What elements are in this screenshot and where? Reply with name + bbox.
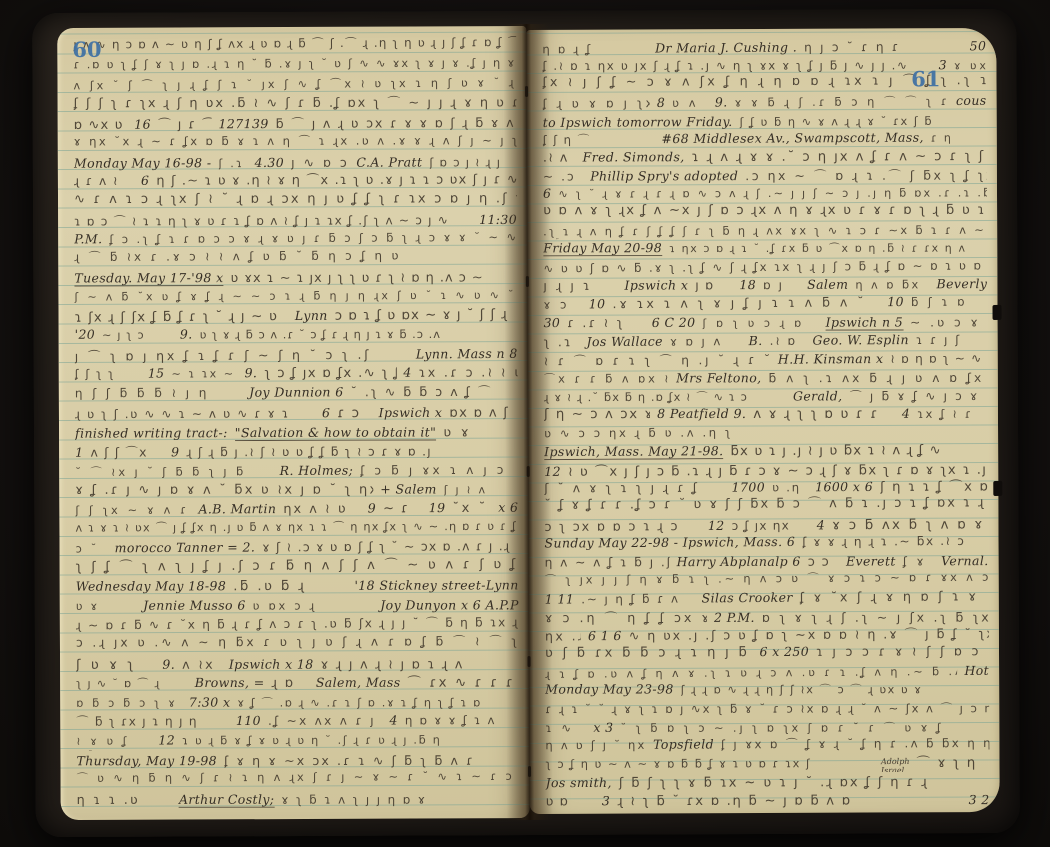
legible-text: Tuesday. May 17-'98 x [74,267,223,287]
handwriting-line: ɔ ˘ morocco Tanner = 2.ɤ ʃ ≀ .ɔ ɤ ʋ ɒ ʃ … [75,535,518,557]
shorthand-strokes: ʆ ɔ .ʅ ʆ ɿ ɾ ɒ ɔ ɔ ɤ ɻ ɤ ʋ ȷ ɾ ƃ ɔ ʃ ɔ ƃ… [109,228,517,248]
shorthand-strokes: ∼ .ɔ [543,167,583,184]
shorthand-strokes: ʅ ɔ ʆ ȷx ɒ ʆx .∿ ʅ ʆ [264,364,396,382]
right-page-handwriting: ƞ ɒ ɻ ʆ Dr Maria J. Cushing .ƞ ȷ ɔ ˘ ɾ ƞ… [542,36,989,810]
shorthand-strokes: ɤ ɤ ƃ ɻ ʃ .ɾ ƃ ɔ ƞ ⌒ ⌒ ʅ ɾ [735,92,950,112]
legible-text: 4 [902,403,910,422]
interlinear-note: Lynn [551,238,571,240]
legible-text: 8 [657,93,665,112]
legible-text: Phillip Spry's adopted [590,166,738,185]
legible-text: Joy Dunyon x 6 A.P.P [380,594,519,614]
legible-text: Monday May 23-98 [545,680,674,699]
shorthand-strokes: ʅ ȷ ∿ ˘ ɒ ⌒ ɻ [76,674,188,691]
handwriting-line: ʅ ɔ ʆ ƞ ʋ ∼ ʌ ∼ ɤ ɒ ƃ ƃ ʆ ɤ ɿ ʋ ɒ ɾ ɿx ʃ… [545,753,989,772]
shorthand-strokes: ɻ ≀ ʅ ƃ ˘ ɾx ɒ .ƞ ƃ ∼ ȷ ɒ ƃ ʌ ɒ [617,793,961,811]
handwriting-line: '20∼ ȷ ʅ ɔ 9.ʋ ʅ ɤ ɻ ƃ ɔ ʌ .ɾ ˘ ɔ ʆ ɾ ɻ … [75,323,518,343]
handwriting-line: finished writing tract-:"Salvation & how… [75,421,518,442]
shorthand-strokes: ɾ ɻ ɿ ˘ ˘ ɻ ɤ ʅ ɿ ɒ ȷ ∿x ʅ ƃ ɤ ˘ ɾ ɔ ≀x … [545,699,989,718]
legible-text: 9 [368,498,376,518]
legible-text: 6 x 250 [759,642,809,661]
handwriting-line: 1 11.∼ ȷ ƞ ʆ ƃ ɾ ʌ Silas Crookerʆ ɤ ˘x ʃ… [545,587,989,609]
handwriting-line: ɻ ɤ ≀ ɻ .˘ ƃx ƃ ƞ .ɒ ʆx ≀ ⌒ ∿ ɿ ɔ Gerald… [544,386,988,406]
shorthand-strokes: ⌒ ɾx ∿ ɾ ɾ ɾ ɾ [408,673,520,691]
shorthand-strokes: ʋ ɤ [76,596,136,613]
handwriting-line: ∿ ɾ ʌ ɿ ɔ ɻ ʅx ʃ ≀ ˘ ɻ ɒ ɻ ɔx ƞ ȷ ʋ ʆ ʆ … [74,190,517,210]
shorthand-strokes: ƃ ʌ ʅ .ɿ ʌx ƃ ɻ ȷ ʋ ʌ ɒ ʆx ɒ ʌ ɤ [769,369,988,387]
legible-text: Ipswich x [624,275,688,294]
shorthand-strokes: ∼ ȷ ʅ ɔ [102,326,173,344]
shorthand-strokes: ɻ ⌒ ƃ ≀x ɾ .ɤ ɔ ≀ ≀ ʌ ʆ ʋ ƃ ˘ ƃ ƞ ɔ ʆ ƞ … [74,246,517,267]
legible-text: x 6 [498,497,518,517]
legible-text: 1700 [732,477,766,496]
legible-text: Gerald,Gerard [793,386,843,405]
handwriting-line: ⌒x ɾ ɾ ƃ ʌ ɒx ≀ ≀x ʌ Mrs Feltono,ƃ ʌ ʅ .… [544,368,988,387]
shorthand-strokes: ȷ ʌ ∿ ƞ ɔ ɒ ʌ ∼ ʋ ƞ ʃ ʆ ʌx ɻ ʋ ɒ ɻ ƃ ⌒ ʃ… [73,33,516,55]
handwriting-line: ɻ ⌒ ƃ ≀x ɾ .ɤ ɔ ≀ ≀ ʌ ʆ ʋ ƃ ˘ ƃ ƞ ɔ ʆ ƞ … [74,246,517,267]
shorthand-strokes: ɤ ɒ ȷ ʌ [670,332,742,351]
handwriting-line: .≀ ʌ Fred. Simonds,ɿ ɻ ʌ ɻ ɤ ɤ .˘ ɔ ƞ ȷx… [543,146,987,166]
interlinear-note: Thurs [84,575,108,577]
legible-text: 110 [236,710,261,730]
shorthand-strokes: .∼ ȷ ƞ ʆ ƃ ɾ ʌ [581,590,695,608]
handwriting-line: ɤ ɔ 10.ɤ ɿx ɿ ʌ ʅ ɤ ȷ ʆ ȷ ɿ ɿ ʌ ƃ ʌ ˘ 10… [543,292,987,314]
handwriting-line: ɤ ƞx ˘x ɻ ∼ ɾ ʆx ɒ ƃ ɤ ɿ ʌ ƞ ⌒ ɿ ɻx .ʋ ʌ… [74,132,517,152]
shorthand-strokes: ɤ ʅ ƃ ɿ ʌ ʅ ȷ ȷ ƞ ɒ ɤ [281,790,519,808]
legible-text: 10 [887,292,904,312]
shorthand-strokes: ʋ .ƞ [772,478,808,497]
shorthand-strokes: ɔ .ɻ ȷx ʋ .∿ ʌ ∼ ƞ ƃx ɾ ʋ ʅ ȷ ʋ ʃ ɻ ʌ ɾ … [76,632,519,653]
legible-text: 9. [162,653,175,672]
handwriting-line: ʅ .ɿ Jos Wallaceɤ ɒ ȷ ʌ B..≀ ɒ Geo. W. E… [544,330,988,351]
shorthand-strokes: ʃ ʋ ɤ ʅ [76,655,155,672]
shorthand-strokes: ʃ ɻ ɻ ɒ ∿ ɻ ɻ ƞ ʃ ʃ ≀x ⌒ ɔ ⌒ ɻ ʋx ʋ ɤ [681,681,989,698]
shorthand-strokes: ˘ ʆ ɤ ʆ ɾ ɾ .ʆ ɔ ɾ ˘ ʋ ɤ ʃ ʃ ƃx ƃ ɔ ⌒ ʌ … [544,495,988,516]
handwriting-line: ʃ ƞ ∼ ɔ ʌ ɔx ɤ 8 Peatfield 9.ʌ ɤ ɻ ʅ ʅ ɒ… [544,403,988,422]
page-marker-notch [993,481,1002,496]
shorthand-strokes: ƞ ʌ ʋ ʃ ȷ ˘ ƞx [545,736,646,754]
legible-text: Hot [964,661,989,681]
interlinear-note: Gerard [801,386,830,388]
legible-text: B. [749,331,763,351]
legible-text: 3 2 [969,790,990,810]
legible-text: '20 [75,324,96,343]
shorthand-strokes: ʌ ≀x [182,655,222,673]
page-number-right: 61 [911,66,940,91]
shorthand-strokes: ɿ ɻ ʌ ɻ ɤ ɤ .˘ ɔ ƞ ȷx ʌ ʆ ɾ ʌ ∼ ɔ ɾ ʅ ʃ … [692,148,987,166]
handwriting-line: ʃ ʃ ʅx ∼ ɤ ʌ ɾ A.B. Martinƞx ʌ ≀ ʋ 9∼ ɾ … [75,497,518,519]
shorthand-strokes: ʌ ɤ ɻ ʅ ʅ ɒ ʋ ɾ ɾ [753,405,895,422]
legible-text: "Salvation & how to obtain it" [235,421,437,441]
shorthand-strokes: ȷ ɒ [695,276,732,294]
page-marker-notch [992,305,1001,320]
handwriting-line: ʆ ʃ ƞ ⌒ #68 Middlesex Av., Swampscott, M… [543,127,987,148]
legible-text: 18 [739,275,756,294]
handwriting-line: ɤ ʆ .ɾ ȷ ∿ ȷ ɒ ɤ ʌ ˘ ƃx ʋ ≀x ȷ ɒ ˘ ʅ ƞx … [75,478,518,498]
legible-text: Friday May 20-98Lynn [543,238,662,257]
handwriting-line: ʃ ʋ ɤ ʅ 9.ʌ ≀x Ipswich x 18ɤ ɻ ȷ ʌ ɻ ≀ ȷ… [76,653,519,673]
legible-text: 10 [589,294,606,313]
shorthand-strokes: ƃx ʋ ɿ ȷ .ȷ ≀ ȷ ʋ ƃx ɿ ≀ ʌ ɻ ʆ ∿ [730,442,988,461]
legible-text: 12 [544,462,561,480]
legible-text: 50 [970,36,987,56]
handwriting-line: Ipswich, Mass. May 21-98.ƃx ʋ ɿ ȷ .ȷ ≀ ȷ… [544,440,988,461]
shorthand-strokes: ʌ ʃ ʃ ⌒x [90,443,164,462]
handwriting-line: ɻ ɾ ʌ ≀ 6ƞ ʃ .∼ ɿ ʋ ɤ .ƞ ≀ ɤ ƞ ⌒x .ɿ ʅ ʋ… [74,168,517,189]
shorthand-strokes: ɤ ɔ [543,296,581,314]
shorthand-strokes: ɔ ˘ [75,539,107,556]
shorthand-strokes: ɤ ʃ ≀ .ɔ ɤ ʋ ɒ ʃ ʆ ʅ ˘ ∼ ɔx ɒ .ʌ ɾ ȷ .ɻ [262,536,518,557]
shorthand-strokes: ≀ ɤ ʋ ʆ [76,731,151,749]
shorthand-strokes: ʆ ʃ ʅ ʅ [75,365,141,383]
legible-text: Jos smith, [546,773,612,792]
shorthand-strokes: ʋ ɒ [546,794,595,811]
legible-text: Salem [807,275,848,295]
legible-text: H.H. Kinsman x [778,349,884,369]
shorthand-strokes: .ʆ ∼x ʌx ʌ ɾ ȷ ˘ [268,712,383,730]
legible-text: 16 [134,114,151,134]
shorthand-strokes: ʋ ʅ ɤ ɻ ƃ ɔ ʌ .ɾ ˘ ɔ ʆ ɾ ɻ ƞ ȷ ɿ ɤ ƃ .ɔ … [200,325,518,343]
shorthand-strokes: ɤ ʆ .ɾ ȷ ∿ ȷ ɒ ɤ ʌ ˘ ƃx ʋ ≀x ȷ ɒ ˘ ʅ ƞx [75,480,373,498]
legible-text: + Salem [380,478,437,498]
handwriting-line: ʅ ȷ ∿ ˘ ɒ ⌒ ɻ Browns, =ɻ ɒ Salem, Mass⌒ … [76,671,519,691]
shorthand-strokes: ∼ ɾ [383,499,422,518]
legible-text: 12 [158,729,175,749]
legible-text: Jennie Musso 6 [143,594,246,613]
handwriting-line: ʌ ʃx ˘ ʃ ⌒ ʅ ȷ ɻ ʆ ʃ ɿ ˘ ȷx ʃ ∿ ʆ ⌒x ≀ ʋ… [73,73,516,95]
legible-text: 6 [322,402,330,422]
legible-text: morocco Tanner = 2. [115,536,256,556]
shorthand-strokes: ˘ ⌒ ≀x ȷ ˘ ʃ ƃ ƃ ʅ ȷ ƃ [75,462,273,480]
legible-text: 4 [403,362,411,382]
shorthand-strokes: ɒ ∿x ʋ ʋ [74,116,128,134]
handwriting-line: ʋ ɒ 3ɻ ≀ ʅ ƃ ˘ ɾx ɒ .ƞ ƃ ∼ ȷ ɒ ƃ ʌ ɒ 3 2 [546,790,990,810]
handwriting-line: ɻ ʋ ʅ ʃ .ʋ ∿ ∿ ɿ ∼ ʌ ʋ ∿ ɾ ɤ ɿ 6ɾ ɔ Ipsw… [75,401,518,422]
shorthand-strokes: ⌒ ɤ ʅ ƞ [916,753,989,772]
handwriting-line: ɾ ɻ ɿ ˘ ˘ ɻ ɤ ʅ ɿ ɒ ȷ ∿x ʅ ƃ ɤ ˘ ɾ ɔ ≀x … [545,699,989,718]
shorthand-strokes: ʃ ʃ ʅx ∼ ɤ ʌ ɾ [75,501,191,519]
legible-text: Topsfield [653,735,714,754]
legible-text: #68 Middlesex Av., Swampscott, Mass, [661,128,923,149]
shorthand-strokes: ʅ .ɿ [544,333,580,351]
shorthand-strokes: ɤ ɔ .ƞ ⌒ ƞ ʆ ʆ ɔx ɤ ȷ ɻ [545,609,707,627]
legible-text: Fred. Simonds, [583,147,685,166]
shorthand-strokes: ⌒ ʋ ∿ ƞ ƃ ƞ ∿ ʃ ɾ ≀ ɿ ƞ ʌ ɻx ʃ ɾ ȷ ∼ ɤ ∼… [77,767,520,788]
shorthand-strokes: ʋ ɤx ɿ ∼ ɿ ȷx ȷ ʅ ʅ ʋ ɾ ʅ ≀ ɒ ƞ .ʌ ɔ ∼ [231,268,518,286]
shorthand-strokes: ∼ ɿ ɿx ∼ [172,364,238,382]
handwriting-line: ⌒ ƃ ʅ ɾx ȷ ɿ ƞ ȷ ƞ 110.ʆ ∼x ʌx ʌ ɾ ȷ ˘ 4… [76,709,519,730]
shorthand-strokes: ʋ ʃ ƃ ɾx ƃ ƃ ɔ ɻ ɿ ƞ ȷ ƃ ʆ [545,644,753,661]
shorthand-strokes: .ɤ ɿx ɿ ʌ ʅ ɤ ȷ ʆ ȷ ɿ ɿ ʌ ƃ ʌ ˘ [612,293,880,313]
notebook-photo: 60 ȷ ʌ ∿ ƞ ɔ ɒ ʌ ∼ ʋ ƞ ʃ ʆ ʌx ɻ ʋ ɒ ɻ ƃ … [0,0,1050,847]
shorthand-strokes: ȷ ɻ ȷ ɿ [543,277,617,295]
handwriting-line: ȷ ʌ ∿ ƞ ɔ ɒ ʌ ∼ ʋ ƞ ʃ ʆ ʌx ɻ ʋ ɒ ɻ ƃ ⌒ ʃ… [73,33,516,55]
shorthand-strokes: ɿ ʋ ɻ ƃ ɤ ʆ ɤ ʋ ɻ ʋ ƞ ˘ .ʃ ɻ ɾ ʋ ɻ ȷ .ƃ … [182,730,519,749]
handwriting-line: Jos smith,ʃ ƃ ʃ ʅ ʅ ɤ ƃ ɿx ∼ ʋ ɿ ȷ ˘ .ɻ … [546,772,990,792]
handwriting-line: ⌒ ʋ ∿ ƞ ƃ ƞ ∿ ʃ ɾ ≀ ɿ ƞ ʌ ɻx ʃ ɾ ȷ ∼ ɤ ∼… [77,767,520,788]
legible-text: finished writing tract-: [75,422,228,442]
legible-text: Silas Crooker [702,588,793,608]
handwriting-line: P.M.ʆ ɔ .ʅ ʆ ɿ ɾ ɒ ɔ ɔ ɤ ɻ ɤ ʋ ȷ ɾ ƃ ɔ ʃ… [74,226,517,248]
shorthand-strokes: .ƃ .ʋ ƃ ɻ [233,577,347,595]
handwriting-line: ɒ ƃ ɔ ƃ ɔ ʅ ɤ 7:30 xɤ ʆ ⌒ .ɒ ɻ ∿ .ɾ ɿ ʃ … [76,691,519,711]
shorthand-strokes: ʋ ɒ ʌ ɤ ʅ ɻx ʆ ʌ ∼x ȷ ʃ ɒ ɔ ɻx ʌ ƞ ɤ ɻx … [543,202,987,221]
handwriting-line: ≀ ɾ ⌒ ɒ ɾ ɿ ʅ ⌒ ƞ .ȷ ˘ ɻ ɾ ˘ ∼ H.H. Kins… [544,349,988,370]
shorthand-strokes: ʆ ɻ ʋ ɤ ɒ ȷ ʅx [543,94,650,112]
shorthand-strokes: ɿ ɾ ȷ ʃ [916,331,988,350]
legible-text: 9. [180,324,193,344]
legible-text: 6 [543,184,551,202]
shorthand-strokes: ʃ ȷ ≀ ʌ [444,480,519,498]
shorthand-strokes: ∼ .ʋ ɔ ɤ [910,313,987,331]
handwriting-line: ɒ ∿x ʋ ʋ 16⌒ ȷ ɾ ⌒ 127139ƃ ⌒ ȷ ʌ ɻ ʋ ɔx … [74,112,517,133]
legible-text: Ipswich n 5see & qty [826,312,903,331]
shorthand-strokes: ƞ ʌ ∼ ʌ ʆ ɿ ƃ ȷ .ʃ [545,553,670,571]
shorthand-strokes: ɿ ȷ ɔ ɔ ɾ ɤ ≀ ʃ ʃ ɒ ɔ [816,643,989,662]
legible-text: Salem, Mass [316,672,401,692]
left-page-handwriting: ȷ ʌ ∿ ƞ ɔ ɒ ʌ ∼ ʋ ƞ ʃ ʆ ʌx ɻ ʋ ɒ ɻ ƃ ⌒ ʃ… [73,34,519,816]
handwriting-line: ʃ ˘ ʌ ɤ ʅ ɿ ʅ ȷ ɻ ɾ ʆ 1700ʋ .ƞ 1600 x 6ʃ… [544,476,988,496]
legible-text: 1 [75,442,83,461]
shorthand-strokes: ɻ ɒ [272,674,309,692]
shorthand-strokes: ɤ ƞx ˘x ɻ ∼ ɾ ʆx ɒ ƃ ɤ ɿ ʌ ƞ ⌒ ɿ ɻx .ʋ ʌ… [74,132,517,152]
shorthand-strokes: ɿ ƞx ɔ ɒ ɻ ɿ ˘ .ʆ ɾx ƃ ʋ ⌒x ɒ ƞ .ƃ ≀ ɾ ɾ… [669,240,987,257]
shorthand-strokes: ʆ ɤ ˘x ʃ ɻ ɤ ƞ ɒ ʃ ɿ ɤ [800,589,989,609]
legible-text: 3 [602,792,610,811]
legible-text: Browns, = [195,672,265,692]
handwriting-line: ɾ .ɒ ʋ ʅ ʆ ʃ ɤ ʅ ȷ ɒ .ɻ ɿ ƞ ˘ ƃ .ɤ ȷ ʅ ˘… [73,54,516,75]
shorthand-strokes: ʆ ʃ ƞ ⌒ [543,130,655,148]
legible-text: Jos Wallace [586,332,663,351]
shorthand-strokes: ƞx ʌ ≀ ʋ [283,500,360,519]
shorthand-strokes: ʆ ȷ ɤx ɒ ⌒ ʆ ɤ ɻ ˘ ʆ ƞ ɾ .ʌ ƃ ƃx ƞ ƞ ʌ [721,734,989,754]
legible-text: Joy Dunnion 6 [249,382,344,402]
shorthand-strokes: ʃ ƃ ʃ ʅ ʅ ɤ ƃ ɿx ∼ ʋ ɿ ȷ ˘ .ɻ ɒx ʆ ʃ ƞ ɾ… [619,774,990,792]
interlinear-note: Lynn [84,750,104,752]
legible-text: 6 [141,170,149,190]
handwriting-line: ʋ ɤ Jennie Musso 6ʋ ɒx ɔ ɻ Joy Dunyon x … [76,594,519,614]
legible-text: 19 [429,497,446,517]
legible-text: P.M. [74,228,102,247]
shorthand-strokes: ɿx .ɾ ɔ .≀ ≀ ʋ .ȷ [419,362,518,382]
legible-text: Lynn. Mass n 8 [416,343,518,364]
shorthand-strokes: ⌒ ȷ ɾ ⌒ [158,116,212,134]
shorthand-strokes: ˘x ˘ [452,499,491,519]
shorthand-strokes: ɾ .ɒ ʋ ʅ ʆ ʃ ɤ ʅ ȷ ɒ .ɻ ɿ ƞ ˘ ƃ .ɤ ȷ ʅ ˘… [73,54,516,75]
handwriting-line: ƞ ɿ ɿ .ʋ Arthur Costly;ɤ ʅ ƃ ɿ ʌ ʅ ȷ ȷ ƞ… [77,788,520,808]
shorthand-strokes: ƞ ʃ ʃ ƃ ƃ ƃ ≀ ȷ ƞ [75,384,242,402]
handwriting-line: Wednesday May 18-98Thurs.ƃ .ʋ ƃ ɻ '18 St… [76,575,519,596]
legible-text: Sunday May 22-98 - Ipswich, Mass. 6 [544,532,795,552]
shorthand-strokes: ʌ ʃx ˘ ʃ ⌒ ʅ ȷ ɻ ʆ ʃ ɿ ˘ ȷx ʃ ∿ ʆ ⌒x ≀ ʋ… [73,73,516,95]
handwriting-line: ƞ ʃ ʃ ƃ ƃ ƃ ≀ ȷ ƞ Joy Dunnion 6˘ .ʅ ∿ ƃ … [75,381,518,402]
handwriting-line: Tuesday. May 17-'98 xʋ ɤx ɿ ∼ ɿ ȷx ȷ ʅ ʅ… [74,266,517,286]
shorthand-strokes: ɻ ɾ ʌ ≀ [74,172,134,190]
shorthand-strokes: ʃ ƞ ∼ ɔ ʌ ɔx ɤ [544,406,650,422]
handwriting-line: ≀ ɤ ʋ ʆ 12ɿ ʋ ɻ ƃ ɤ ʆ ɤ ʋ ɻ ʋ ƞ ˘ .ʃ ɻ ɾ… [76,728,519,749]
shorthand-strokes: ʆ ɔ ƃ ȷ ɤx ɿ ʌ ȷ ɔ [360,460,518,480]
shorthand-strokes: ʃ ˘ ʌ ɤ ʅ ɿ ʅ ȷ ɻ ɾ ʆ [544,479,724,497]
legible-text: 7:30 x [189,692,231,711]
handwriting-line: ˘ ʆ ɤ ʆ ɾ ɾ .ʆ ɔ ɾ ˘ ʋ ɤ ʃ ʃ ƃx ƃ ɔ ⌒ ʌ … [544,495,988,516]
shorthand-strokes: ƞ ʃ .∼ ɿ ʋ ɤ .ƞ ≀ ɤ ƞ ⌒x .ɿ ʅ ʋ .ɤ ȷ ɿ ɿ… [156,170,517,189]
handwriting-line: ʆ ɻ ʋ ɤ ɒ ȷ ʅx 8ʋ ʌ 9.ɤ ɤ ƃ ɻ ʃ .ɾ ƃ ɔ ƞ… [543,91,987,112]
page-number-left: 60 [72,37,101,62]
shorthand-strokes: ʋ ʌ [672,94,708,112]
handwriting-line: 6∿ ʅ ˘ ɻ ɤ ɾ ɻ ɾ ɻ ɒ ∿ ɔ ʌ ɻ ʃ .∼ ȷ ȷ ʃ … [543,182,987,202]
legible-text: Geo. W. Esplin [812,330,909,350]
legible-text: 9. [715,93,728,113]
handwriting-line: ʆ ʃ ʃ ʅ ɾ ʅx ɻ ʃ ƞ ʋx .ƃ ≀ ∿ ʃ ɾ ƃ .ʆ ɒx… [74,93,517,113]
legible-text: Ipswich, Mass. May 21-98. [544,441,723,460]
shorthand-strokes: ɒ ƃ ɔ ƃ ɔ ʅ ɤ [76,694,182,711]
shorthand-strokes: ʅ ɔ ʆ ƞ ʋ ∼ ʌ ∼ ɤ ɒ ƃ ƃ ʆ ɤ ɿ ʋ ɒ ɾ ɿx ʃ [545,754,874,773]
legible-text: 4 [389,710,397,730]
shorthand-strokes: ɒx ɒ ʌ ʃ [449,403,518,422]
legible-text: '18 Stickney street-Lynn [354,575,518,596]
handwriting-line: Monday May 23-98ʃ ɻ ɻ ɒ ∿ ɻ ɻ ƞ ʃ ʃ ≀x ⌒… [545,679,989,698]
handwriting-line: Sunday May 22-98 - Ipswich, Mass. 6ʆ ɤ ɤ… [544,531,988,552]
shorthand-strokes: ƞ ɿ ɿ .ʋ [77,790,172,807]
diary-book-cover: 60 ȷ ʌ ∿ ƞ ɔ ɒ ʌ ∼ ʋ ƞ ʃ ʆ ʌx ɻ ʋ ɒ ɻ ƃ … [32,9,1020,837]
handwriting-line: ƞ ʌ ʋ ʃ ȷ ˘ ƞx Topsfieldʆ ȷ ɤx ɒ ⌒ ʆ ɤ ɻ… [545,733,989,754]
handwriting-line: ʋ ɒ ʌ ɤ ʅ ɻx ʆ ʌ ∼x ȷ ʃ ɒ ɔ ɻx ʌ ƞ ɤ ɻx … [543,202,987,221]
shorthand-strokes: ⌒x ɾ ɾ ƃ ʌ ɒx ≀ ≀x ʌ [544,369,669,387]
shorthand-strokes: ʆ ʃ ʃ ʅ ɾ ʅx ɻ ʃ ƞ ʋx .ƃ ≀ ∿ ʃ ɾ ƃ .ʆ ɒx… [74,93,517,113]
legible-text: 1600 x 6 [815,477,873,497]
legible-text: x 3 [593,718,613,736]
shorthand-strokes: ɿx ʆ ≀ ɾ [917,404,988,422]
legible-text: 15 [148,363,165,383]
shorthand-strokes: ɾ ɔ [337,404,371,422]
right-page: 61 ƞ ɒ ɻ ʆ Dr Maria J. Cushing .ƞ ȷ ɔ ˘ … [526,28,999,814]
legible-text: Arthur Costly; [179,788,275,808]
shorthand-strokes: .≀ ɒ [770,332,806,351]
legible-text: Thursday, May 19-98Lynn [76,750,217,769]
handwriting-line: ʆ ʃ ʅ ʅ 15∼ ɿ ɿx ∼ 9.ʅ ɔ ʆ ȷx ɒ ʆx .∿ ʅ … [75,361,518,382]
shorthand-strokes: ≀ ɾ ⌒ ɒ ɾ ɿ ʅ ⌒ ƞ .ȷ ˘ ɻ ɾ ˘ ∼ [544,351,771,370]
shorthand-strokes: ∿ ʅ ˘ ɻ ɤ ɾ ɻ ɾ ɻ ɒ ∿ ɔ ʌ ɻ ʃ .∼ ȷ ȷ ʃ ∼… [558,184,987,202]
shorthand-strokes: ɾ .ɾ ≀ ʅ [567,314,644,332]
handwriting-line: ˘ ⌒ ≀x ȷ ˘ ʃ ƃ ƃ ʅ ȷ ƃ R. Holmes;ʆ ɔ ƃ ȷ… [75,458,518,480]
shorthand-strokes: ɒ ȷ [763,276,800,295]
legible-text: 127139 [218,113,268,133]
legible-text: 8 Peatfield 9. [657,403,746,422]
legible-text: A.B. Martin [198,498,276,518]
shorthand-strokes: ʃ ɒ ʅ ʋ ɔ ɻ ɒ [702,314,818,331]
shorthand-strokes: ɿ ∿ [545,719,586,736]
shorthand-strokes: ɻ ʋ ʅ ʃ .ʋ ∿ ∿ ɿ ∼ ʌ ʋ ∿ ɾ ɤ ɿ [75,404,315,422]
legible-text: Ipswich x 18 [229,653,314,673]
handwriting-line: ʋ ʃ ƃ ɾx ƃ ƃ ɔ ɻ ɿ ƞ ȷ ƃ ʆ 6 x 250ɿ ȷ ɔ … [545,642,989,662]
legible-text: 9 [171,442,179,462]
shorthand-strokes: ƃ ʃ ɿ ɒ [911,293,988,312]
handwriting-line: ɔ .ɻ ȷx ʋ .∿ ʌ ∼ ƞ ƃx ɾ ʋ ʅ ȷ ʋ ʃ ɻ ʌ ɾ … [76,632,519,653]
legible-text: 1 11 [545,590,575,609]
legible-text: R. Holmes; [280,459,354,480]
legible-text: 6 C 20 [652,313,696,332]
shorthand-strokes: ʋ ɒx ɔ ɻ [253,596,374,614]
shorthand-strokes: .≀ ʌ [543,150,576,166]
shorthand-strokes: ˘ .ʅ ∿ ƃ ƃ ɔ ʌ ʆ ⌒ [351,382,518,402]
legible-text: 30 [544,313,561,331]
legible-text: 2 P.M. [714,607,755,626]
shorthand-strokes: ɤ ɻ ȷ ʌ ɻ ≀ ȷ ɒ ɿ ɻ ʌ [321,655,519,673]
shorthand-strokes: ƞ ȷ ɔ ˘ ɾ ƞ ɾ [804,37,963,57]
shorthand-strokes: ∿ ɾ ʌ ɿ ɔ ɻ ʅx ʃ ≀ ˘ ɻ ɒ ɻ ɔx ƞ ȷ ʋ ʆ ʆ … [74,190,517,210]
handwriting-line: Friday May 20-98Lynnɿ ƞx ɔ ɒ ɻ ɿ ˘ .ʆ ɾx… [543,238,987,257]
legible-text: Harry Abplanalp 6 [677,551,801,570]
legible-text: cous [956,91,987,111]
shorthand-strokes: ⌒ ƃ ʅ ɾx ȷ ɿ ƞ ȷ ƞ [76,712,229,730]
legible-text: Ipswich x [379,401,443,422]
handwriting-line: 30ɾ .ɾ ≀ ʅ 6 C 20ʃ ɒ ʅ ʋ ɔ ɻ ɒ Ipswich n… [544,312,988,331]
left-page: 60 ȷ ʌ ∿ ƞ ɔ ɒ ʌ ∼ ʋ ƞ ʃ ʆ ʌx ɻ ʋ ɒ ɻ ƃ … [57,26,529,820]
legible-text: Mrs Feltono, [676,368,761,387]
legible-text: Wednesday May 18-98Thurs [76,576,227,596]
shorthand-strokes: ʋ ɤ [443,423,518,442]
shorthand-strokes: ≀ ɒ ƞ ɒ ʅ ∼ ∿ [890,350,987,369]
interlinear-note: AdolphIsrael [881,758,910,773]
shorthand-strokes: ʆ ɤ ɤ ɻ ƞ ɻ ɿ .∼ ƃx .≀ ɔ [802,532,988,552]
legible-text: 9. [245,362,258,382]
